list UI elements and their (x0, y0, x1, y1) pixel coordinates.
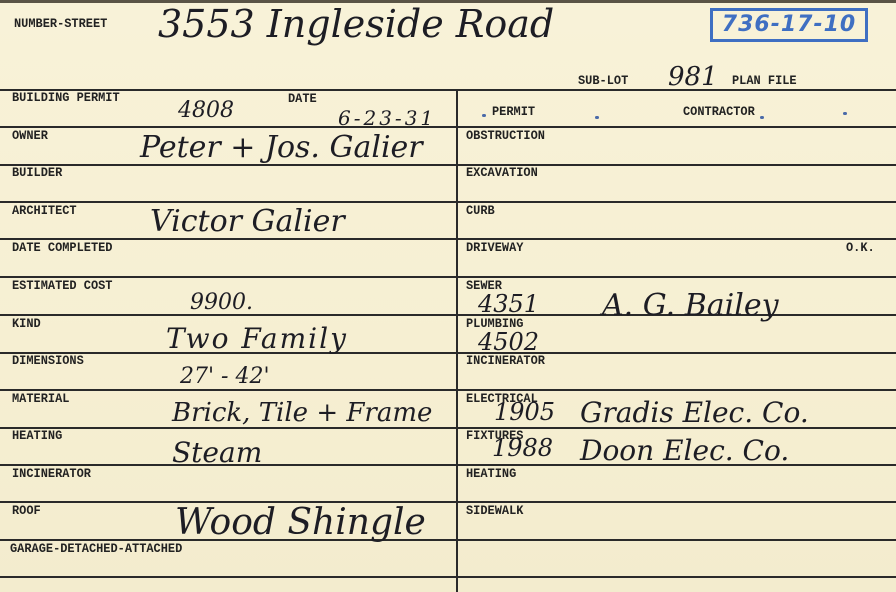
number-street-value: 3553 Ingleside Road (158, 2, 554, 46)
sewer-permit-value: 4351 (478, 290, 539, 318)
ink-speck (482, 114, 486, 117)
owner-value: Peter + Jos. Galier (140, 130, 423, 165)
estimated-cost-value: 9900. (190, 290, 253, 315)
excavation-label: EXCAVATION (466, 165, 538, 180)
sub-lot-label: SUB-LOT (578, 73, 628, 88)
permit-card: NUMBER-STREET 3553 Ingleside Road 736-17… (0, 0, 896, 592)
incinerator-label: INCINERATOR (12, 466, 91, 481)
rule-line (0, 89, 896, 91)
date-value: 6-23-31 (338, 106, 436, 130)
rule-line (456, 539, 896, 541)
curb-label: CURB (466, 203, 495, 218)
heating-label: HEATING (12, 428, 62, 443)
electrical-contractor-value: Gradis Elec. Co. (580, 396, 809, 429)
date-completed-label: DATE COMPLETED (12, 240, 112, 255)
builder-label: BUILDER (12, 165, 62, 180)
material-value: Brick, Tile + Frame (172, 398, 432, 428)
plumbing-permit-value: 4502 (478, 328, 539, 356)
roof-value: Wood Shingle (175, 502, 426, 543)
contractor-header: CONTRACTOR (683, 104, 755, 119)
sewer-contractor-value: A. G. Bailey (602, 288, 779, 323)
heating-value: Steam (172, 436, 262, 469)
driveway-label: DRIVEWAY (466, 240, 523, 255)
plan-file-label: PLAN FILE (732, 73, 797, 88)
driveway-note: O.K. (846, 240, 875, 255)
file-number-stamp: 736-17-10 (710, 8, 868, 42)
obstruction-label: OBSTRUCTION (466, 128, 545, 143)
fixtures-contractor-value: Doon Elec. Co. (580, 434, 789, 467)
rule-line (456, 276, 896, 278)
building-permit-label: BUILDING PERMIT (12, 90, 120, 105)
ink-speck (843, 112, 847, 115)
dimensions-label: DIMENSIONS (12, 353, 84, 368)
sub-lot-value: 981 (668, 62, 718, 92)
dimensions-value: 27' - 42' (180, 364, 270, 389)
date-label: DATE (288, 91, 317, 106)
rule-line (456, 576, 896, 578)
electrical-permit-value: 1905 (494, 398, 555, 426)
roof-label: ROOF (12, 503, 41, 518)
owner-label: OWNER (12, 128, 48, 143)
rule-line (0, 576, 456, 578)
number-street-label: NUMBER-STREET (14, 16, 107, 31)
architect-value: Victor Galier (150, 204, 345, 239)
kind-value: Two Family (166, 322, 348, 355)
fixtures-permit-value: 1988 (492, 434, 553, 462)
kind-label: KIND (12, 316, 41, 331)
sidewalk-label: SIDEWALK (466, 503, 523, 518)
rule-line (456, 201, 896, 203)
permit-header: PERMIT (492, 104, 535, 119)
heating-permit-label: HEATING (466, 466, 516, 481)
estimated-cost-label: ESTIMATED COST (12, 278, 112, 293)
architect-label: ARCHITECT (12, 203, 77, 218)
ink-speck (595, 116, 599, 119)
material-label: MATERIAL (12, 391, 69, 406)
ink-speck (760, 116, 764, 119)
building-permit-value: 4808 (178, 98, 234, 123)
garage-label: GARAGE-DETACHED-ATTACHED (10, 541, 182, 556)
